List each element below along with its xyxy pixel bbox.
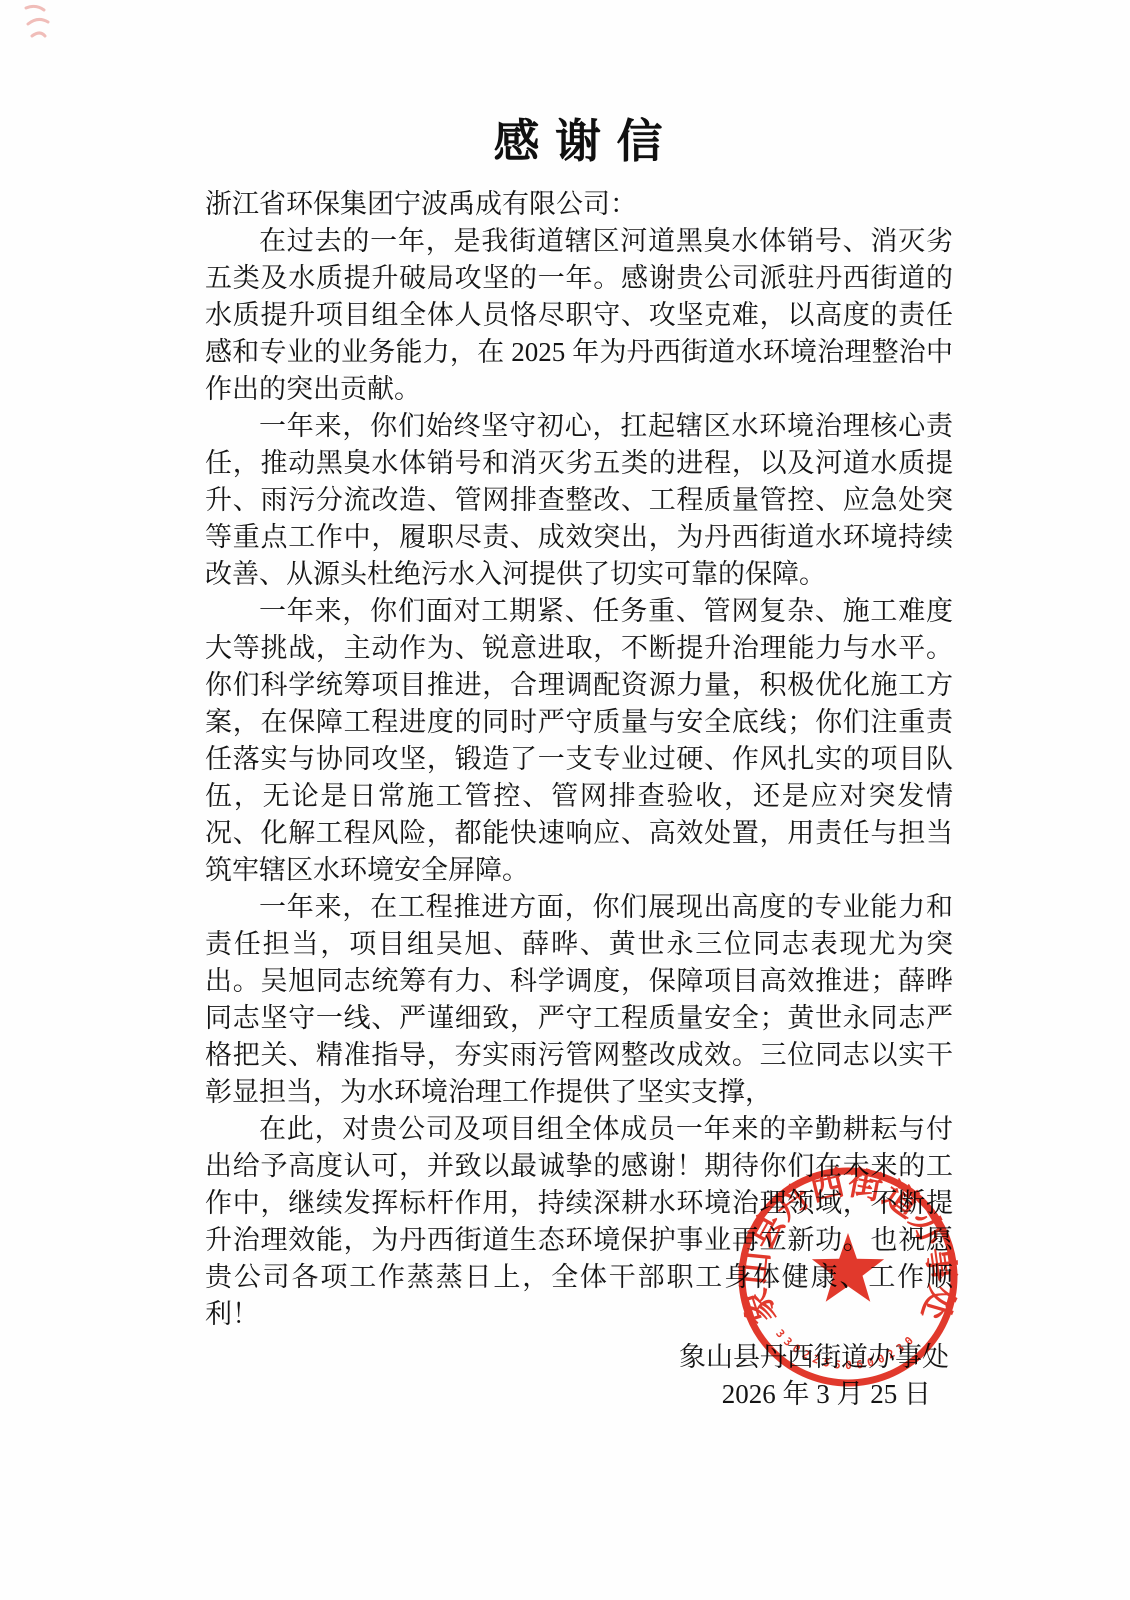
- paragraph: 在此，对贵公司及项目组全体成员一年来的辛勤耕耘与付出给予高度认可，并致以最诚挚的…: [205, 1111, 953, 1333]
- salutation: 浙江省环保集团宁波禹成有限公司：: [205, 186, 953, 223]
- date: 2026 年 3 月 25 日: [205, 1376, 953, 1413]
- scanned-letter-page: 感 谢 信 浙江省环保集团宁波禹成有限公司： 在过去的一年，是我街道辖区河道黑臭…: [0, 0, 1130, 1600]
- paragraph: 一年来，你们面对工期紧、任务重、管网复杂、施工难度大等挑战，主动作为、锐意进取，…: [205, 593, 953, 889]
- letter-title: 感 谢 信: [205, 112, 953, 172]
- closing-block: 象山县丹西街道办事处 2026 年 3 月 25 日: [205, 1339, 953, 1413]
- paragraph: 一年来，你们始终坚守初心，扛起辖区水环境治理核心责任，推动黑臭水体销号和消灭劣五…: [205, 408, 953, 593]
- signature: 象山县丹西街道办事处: [205, 1339, 953, 1376]
- red-ink-artifact: [18, 2, 78, 52]
- letter-text: 浙江省环保集团宁波禹成有限公司： 在过去的一年，是我街道辖区河道黑臭水体销号、消…: [205, 186, 953, 1413]
- paragraph: 在过去的一年，是我街道辖区河道黑臭水体销号、消灭劣五类及水质提升破局攻坚的一年。…: [205, 223, 953, 408]
- paragraph: 一年来，在工程推进方面，你们展现出高度的专业能力和责任担当，项目组吴旭、薛晔、黄…: [205, 889, 953, 1111]
- letter-body: 感 谢 信 浙江省环保集团宁波禹成有限公司： 在过去的一年，是我街道辖区河道黑臭…: [205, 112, 953, 1413]
